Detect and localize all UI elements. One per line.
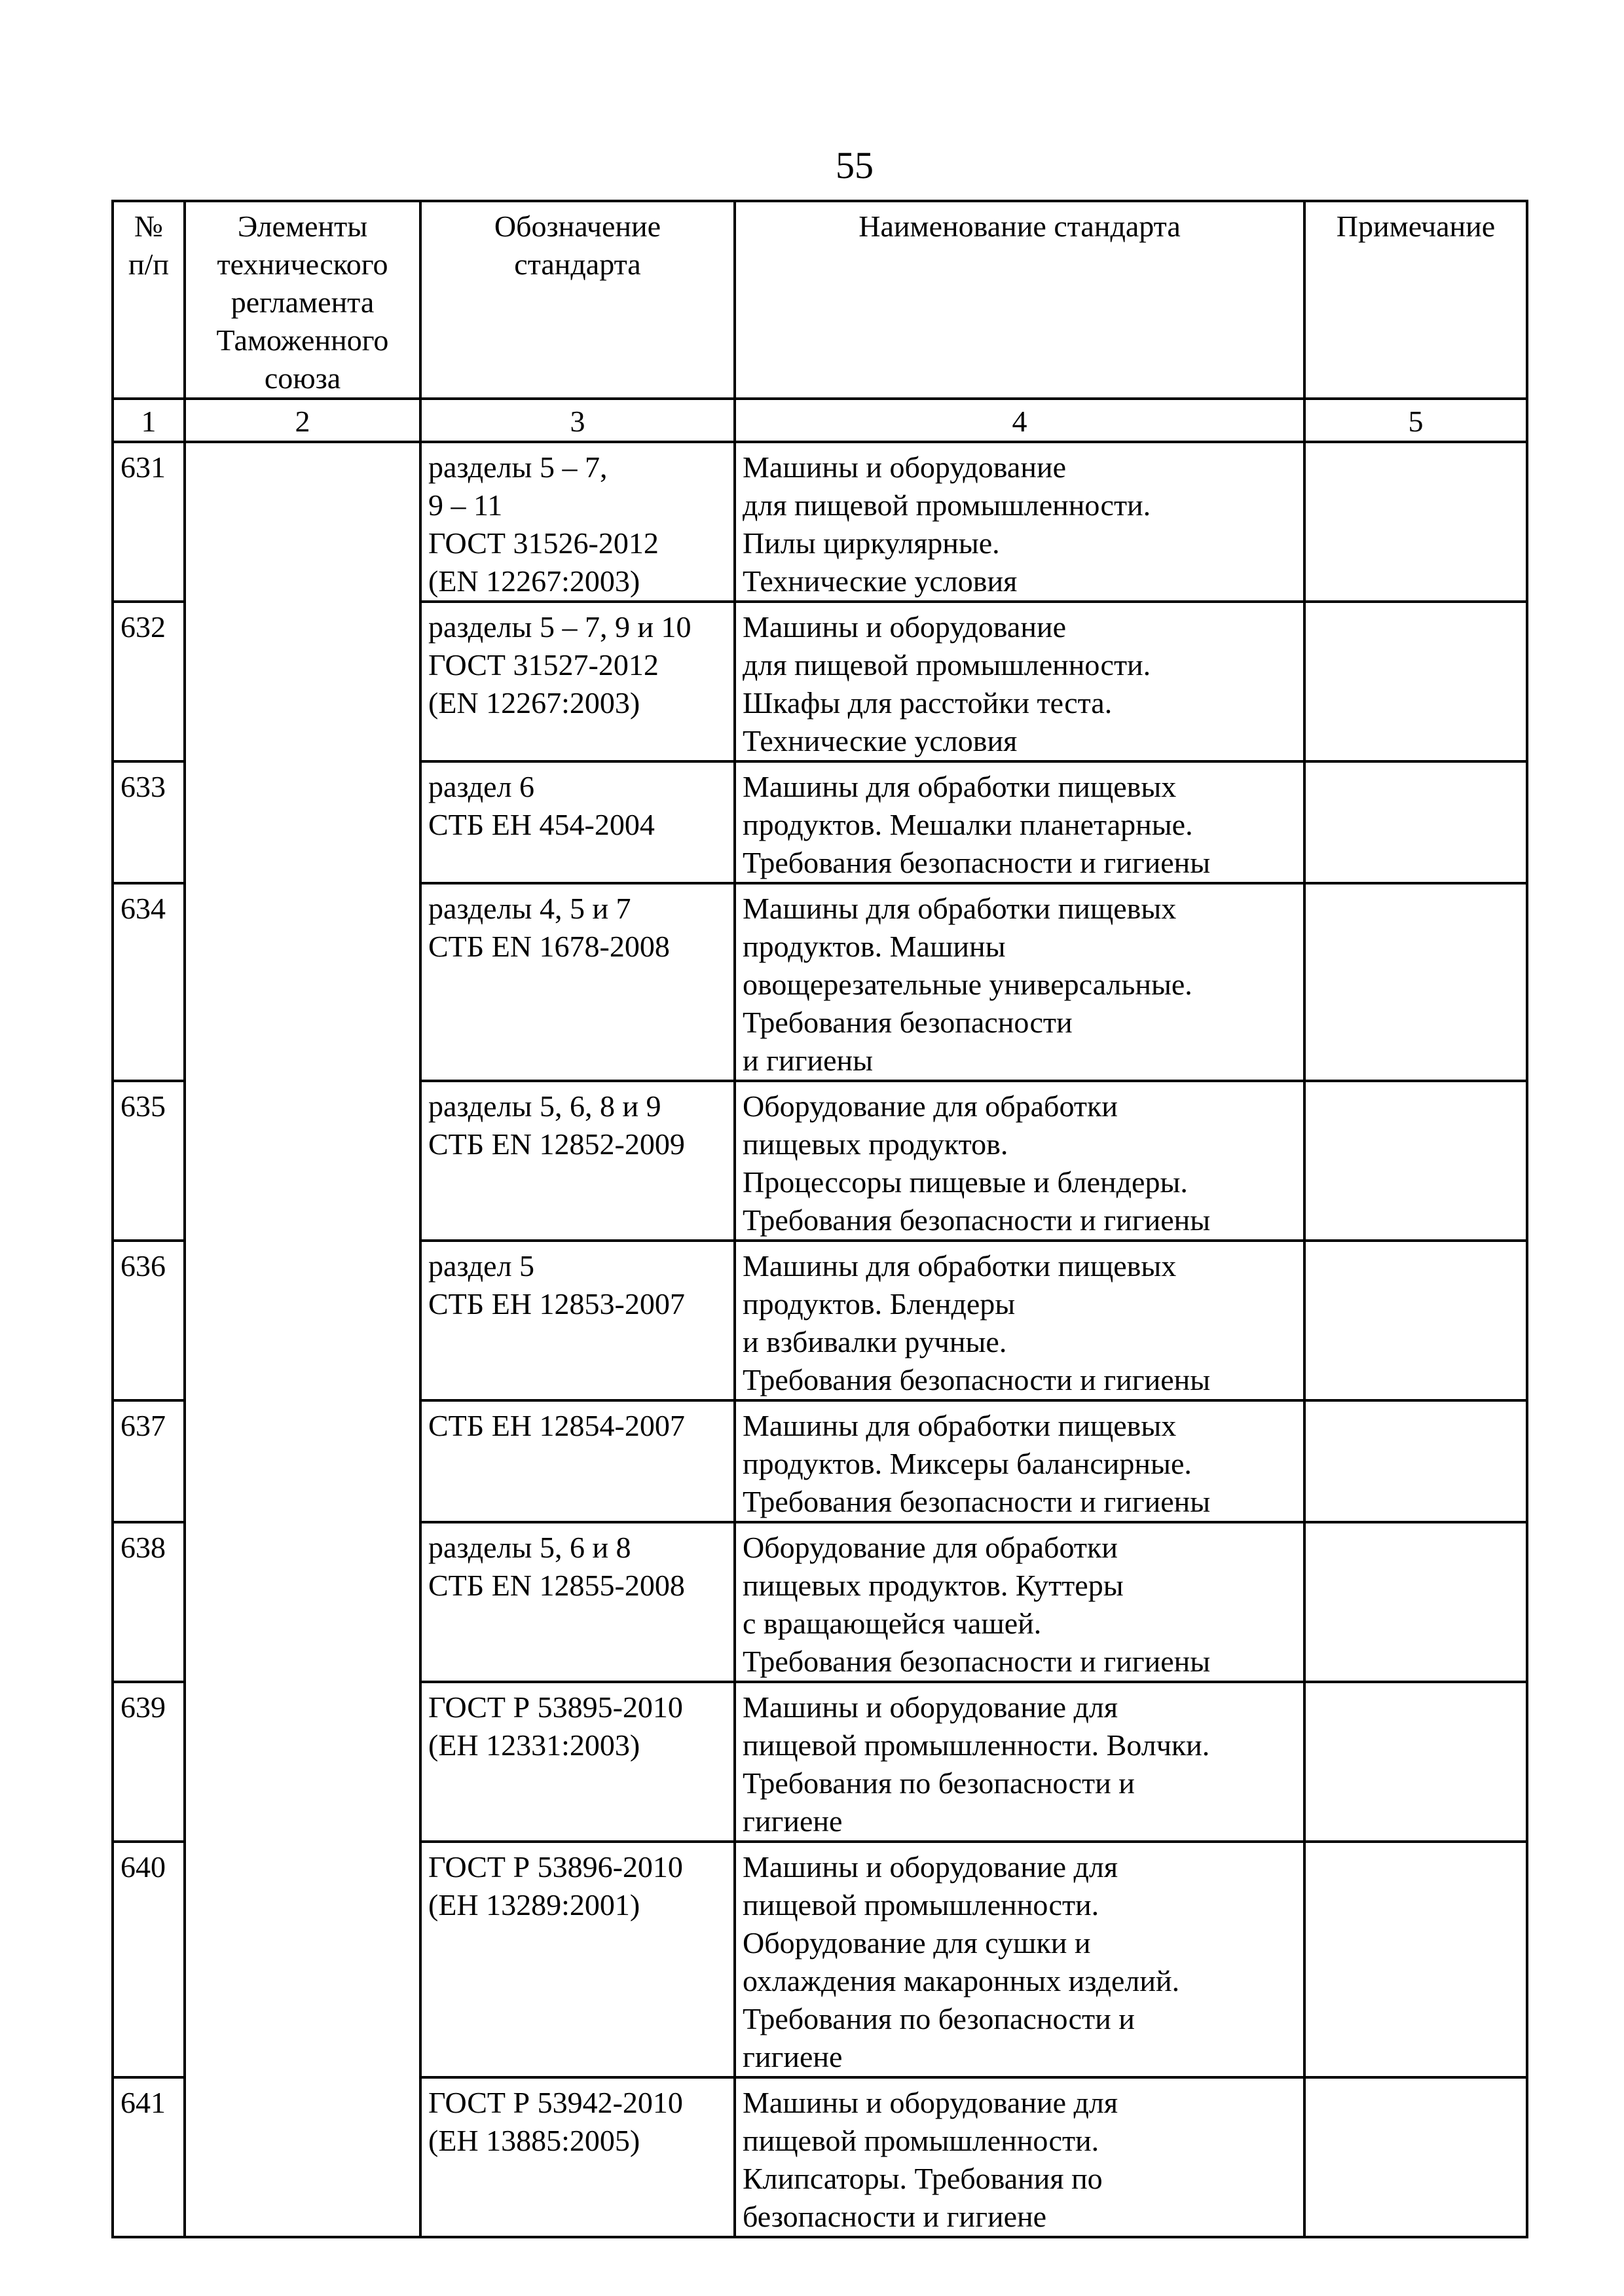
- text-line: Обозначение: [428, 208, 727, 246]
- text-line: и взбивалки ручные.: [743, 1323, 1297, 1361]
- row-number: 634: [113, 883, 185, 1081]
- text-line: продуктов. Машины: [743, 928, 1297, 966]
- note: [1304, 442, 1527, 602]
- text-line: Наименование стандарта: [743, 208, 1297, 246]
- text-line: пищевой промышленности. Волчки.: [743, 1726, 1297, 1764]
- text-line: Элементы: [193, 208, 413, 246]
- text-line: Примечание: [1312, 208, 1519, 246]
- text-line: Технические условия: [743, 562, 1297, 600]
- text-line: (ЕН 13885:2005): [428, 2122, 727, 2160]
- standard-name: Машины и оборудованиедля пищевой промышл…: [735, 442, 1304, 602]
- header-designation: Обозначениестандарта: [420, 201, 735, 399]
- text-line: Машины и оборудование для: [743, 1688, 1297, 1726]
- standard-name: Оборудование для обработкипищевых продук…: [735, 1522, 1304, 1682]
- row-number: 636: [113, 1241, 185, 1400]
- standard-designation: СТБ ЕН 12854-2007: [420, 1400, 735, 1522]
- column-number: 2: [185, 399, 420, 442]
- text-line: Машины для обработки пищевых: [743, 890, 1297, 928]
- standard-designation: ГОСТ Р 53942-2010(ЕН 13885:2005): [420, 2077, 735, 2237]
- row-number: 635: [113, 1081, 185, 1241]
- text-line: Требования безопасности и гигиены: [743, 1361, 1297, 1399]
- row-number: 633: [113, 761, 185, 883]
- text-line: пищевой промышленности.: [743, 2122, 1297, 2160]
- note: [1304, 1522, 1527, 1682]
- text-line: продуктов. Мешалки планетарные.: [743, 806, 1297, 844]
- note: [1304, 1842, 1527, 2077]
- text-line: №: [120, 208, 177, 246]
- standard-name: Машины для обработки пищевыхпродуктов. Б…: [735, 1241, 1304, 1400]
- standard-designation: раздел 6СТБ ЕН 454-2004: [420, 761, 735, 883]
- standard-designation: разделы 5 – 7,9 – 11ГОСТ 31526-2012(EN 1…: [420, 442, 735, 602]
- text-line: раздел 6: [428, 768, 727, 806]
- standard-name: Машины для обработки пищевыхпродуктов. М…: [735, 883, 1304, 1081]
- column-number-row: 1 2 3 4 5: [113, 399, 1527, 442]
- text-line: Машины для обработки пищевых: [743, 1247, 1297, 1285]
- text-line: охлаждения макаронных изделий.: [743, 1962, 1297, 2000]
- note: [1304, 1081, 1527, 1241]
- row-number: 638: [113, 1522, 185, 1682]
- text-line: стандарта: [428, 246, 727, 283]
- text-line: СТБ ЕН 12854-2007: [428, 1407, 727, 1445]
- standard-name: Оборудование для обработкипищевых продук…: [735, 1081, 1304, 1241]
- note: [1304, 883, 1527, 1081]
- table-body: 631разделы 5 – 7,9 – 11ГОСТ 31526-2012(E…: [113, 442, 1527, 2237]
- text-line: Требования по безопасности и: [743, 1764, 1297, 1802]
- column-number: 3: [420, 399, 735, 442]
- text-line: Машины и оборудование для: [743, 1848, 1297, 1886]
- text-line: продуктов. Миксеры балансирные.: [743, 1445, 1297, 1483]
- text-line: Машины и оборудование: [743, 608, 1297, 646]
- text-line: пищевой промышленности.: [743, 1886, 1297, 1924]
- text-line: (EN 12267:2003): [428, 684, 727, 722]
- header-row: №п/п ЭлементытехническогорегламентаТамож…: [113, 201, 1527, 399]
- text-line: 9 – 11: [428, 486, 727, 524]
- row-number: 632: [113, 602, 185, 761]
- header-elements: ЭлементытехническогорегламентаТаможенног…: [185, 201, 420, 399]
- text-line: гигиене: [743, 2038, 1297, 2076]
- standard-designation: разделы 5, 6, 8 и 9СТБ EN 12852-2009: [420, 1081, 735, 1241]
- standard-name: Машины и оборудование дляпищевой промышл…: [735, 2077, 1304, 2237]
- standard-designation: раздел 5СТБ ЕН 12853-2007: [420, 1241, 735, 1400]
- text-line: Требования безопасности и гигиены: [743, 1643, 1297, 1681]
- text-line: пищевых продуктов.: [743, 1125, 1297, 1163]
- text-line: СТБ ЕН 454-2004: [428, 806, 727, 844]
- text-line: разделы 5 – 7, 9 и 10: [428, 608, 727, 646]
- regulation-elements-cell: [185, 442, 420, 2237]
- row-number: 641: [113, 2077, 185, 2237]
- text-line: ГОСТ 31527-2012: [428, 646, 727, 684]
- text-line: продуктов. Блендеры: [743, 1285, 1297, 1323]
- text-line: Шкафы для расстойки теста.: [743, 684, 1297, 722]
- text-line: пищевых продуктов. Куттеры: [743, 1567, 1297, 1605]
- note: [1304, 1682, 1527, 1842]
- standard-designation: разделы 5, 6 и 8СТБ EN 12855-2008: [420, 1522, 735, 1682]
- text-line: Требования по безопасности и: [743, 2000, 1297, 2038]
- text-line: Машины для обработки пищевых: [743, 768, 1297, 806]
- text-line: Оборудование для обработки: [743, 1529, 1297, 1567]
- page-number: 55: [0, 143, 1624, 189]
- text-line: Машины и оборудование: [743, 448, 1297, 486]
- text-line: СТБ ЕН 12853-2007: [428, 1285, 727, 1323]
- text-line: разделы 4, 5 и 7: [428, 890, 727, 928]
- text-line: Клипсаторы. Требования по: [743, 2160, 1297, 2198]
- table-row: 631разделы 5 – 7,9 – 11ГОСТ 31526-2012(E…: [113, 442, 1527, 602]
- text-line: безопасности и гигиене: [743, 2198, 1297, 2236]
- text-line: с вращающейся чашей.: [743, 1605, 1297, 1643]
- standard-designation: ГОСТ Р 53895-2010(ЕН 12331:2003): [420, 1682, 735, 1842]
- header-note: Примечание: [1304, 201, 1527, 399]
- text-line: ГОСТ Р 53895-2010: [428, 1688, 727, 1726]
- text-line: (ЕН 13289:2001): [428, 1886, 727, 1924]
- text-line: и гигиены: [743, 1042, 1297, 1080]
- standard-name: Машины для обработки пищевыхпродуктов. М…: [735, 761, 1304, 883]
- text-line: Машины и оборудование для: [743, 2084, 1297, 2122]
- text-line: технического: [193, 246, 413, 283]
- text-line: СТБ EN 12855-2008: [428, 1567, 727, 1605]
- text-line: раздел 5: [428, 1247, 727, 1285]
- text-line: Машины для обработки пищевых: [743, 1407, 1297, 1445]
- row-number: 637: [113, 1400, 185, 1522]
- row-number: 640: [113, 1842, 185, 2077]
- standard-designation: ГОСТ Р 53896-2010(ЕН 13289:2001): [420, 1842, 735, 2077]
- note: [1304, 1241, 1527, 1400]
- text-line: ГОСТ 31526-2012: [428, 524, 727, 562]
- text-line: Процессоры пищевые и блендеры.: [743, 1163, 1297, 1201]
- text-line: разделы 5 – 7,: [428, 448, 727, 486]
- text-line: Технические условия: [743, 722, 1297, 760]
- column-number: 1: [113, 399, 185, 442]
- text-line: овощерезательные универсальные.: [743, 966, 1297, 1004]
- text-line: Таможенного: [193, 321, 413, 359]
- text-line: (ЕН 12331:2003): [428, 1726, 727, 1764]
- text-line: СТБ EN 1678-2008: [428, 928, 727, 966]
- text-line: гигиене: [743, 1802, 1297, 1840]
- text-line: Пилы циркулярные.: [743, 524, 1297, 562]
- text-line: регламента: [193, 283, 413, 321]
- text-line: ГОСТ Р 53942-2010: [428, 2084, 727, 2122]
- text-line: для пищевой промышленности.: [743, 486, 1297, 524]
- row-number: 631: [113, 442, 185, 602]
- text-line: Требования безопасности и гигиены: [743, 844, 1297, 882]
- header-number: №п/п: [113, 201, 185, 399]
- row-number: 639: [113, 1682, 185, 1842]
- column-number: 4: [735, 399, 1304, 442]
- text-line: СТБ EN 12852-2009: [428, 1125, 727, 1163]
- text-line: Требования безопасности и гигиены: [743, 1483, 1297, 1521]
- standard-designation: разделы 4, 5 и 7СТБ EN 1678-2008: [420, 883, 735, 1081]
- note: [1304, 602, 1527, 761]
- text-line: союза: [193, 359, 413, 397]
- header-name: Наименование стандарта: [735, 201, 1304, 399]
- standard-name: Машины и оборудованиедля пищевой промышл…: [735, 602, 1304, 761]
- standard-name: Машины для обработки пищевыхпродуктов. М…: [735, 1400, 1304, 1522]
- note: [1304, 761, 1527, 883]
- standard-name: Машины и оборудование дляпищевой промышл…: [735, 1682, 1304, 1842]
- text-line: Требования безопасности: [743, 1004, 1297, 1042]
- standard-designation: разделы 5 – 7, 9 и 10ГОСТ 31527-2012(EN …: [420, 602, 735, 761]
- standard-name: Машины и оборудование дляпищевой промышл…: [735, 1842, 1304, 2077]
- text-line: (EN 12267:2003): [428, 562, 727, 600]
- text-line: Требования безопасности и гигиены: [743, 1201, 1297, 1239]
- text-line: п/п: [120, 246, 177, 283]
- text-line: разделы 5, 6 и 8: [428, 1529, 727, 1567]
- column-number: 5: [1304, 399, 1527, 442]
- text-line: разделы 5, 6, 8 и 9: [428, 1087, 727, 1125]
- note: [1304, 2077, 1527, 2237]
- text-line: Оборудование для обработки: [743, 1087, 1297, 1125]
- text-line: Оборудование для сушки и: [743, 1924, 1297, 1962]
- text-line: ГОСТ Р 53896-2010: [428, 1848, 727, 1886]
- note: [1304, 1400, 1527, 1522]
- standards-table: №п/п ЭлементытехническогорегламентаТамож…: [111, 200, 1528, 2238]
- text-line: для пищевой промышленности.: [743, 646, 1297, 684]
